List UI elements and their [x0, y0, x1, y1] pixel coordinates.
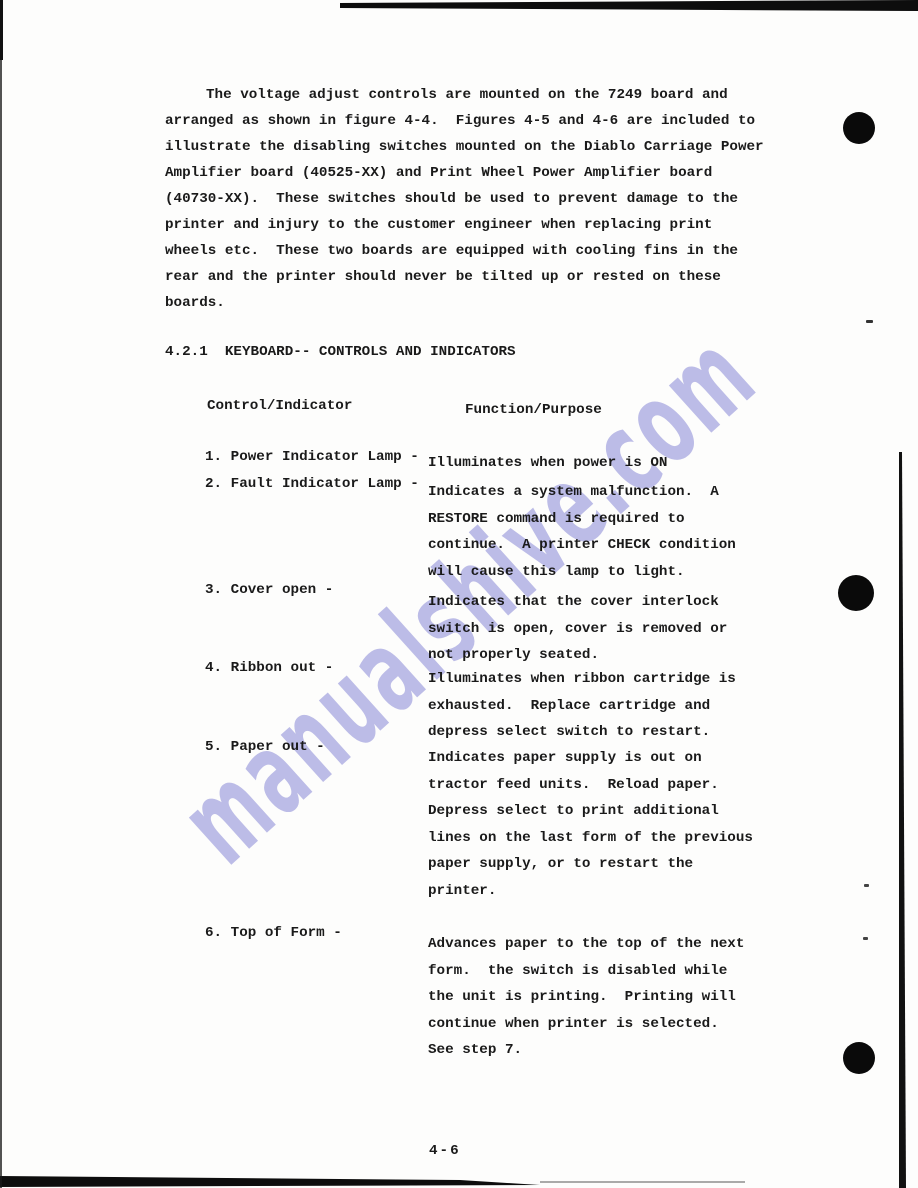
- desc-line: Depress select to print additional: [428, 798, 788, 825]
- page-text-layer: The voltage adjust controls are mounted …: [0, 0, 918, 1188]
- paragraph-line: arranged as shown in figure 4-4. Figures…: [165, 108, 805, 134]
- paragraph-line: Amplifier board (40525-XX) and Print Whe…: [165, 160, 805, 186]
- item-description: Advances paper to the top of the next fo…: [428, 931, 788, 1064]
- desc-line: printer.: [428, 878, 788, 905]
- desc-line: Illuminates when ribbon cartridge is: [428, 666, 788, 693]
- desc-line: depress select switch to restart.: [428, 719, 788, 746]
- desc-line: continue. A printer CHECK condition: [428, 532, 788, 559]
- page-number: 4-6: [429, 1143, 461, 1159]
- item-description: Indicates that the cover interlock switc…: [428, 589, 788, 669]
- item-label: 1. Power Indicator Lamp -: [205, 449, 419, 465]
- item-label: 5. Paper out -: [205, 739, 325, 755]
- column-header-control-indicator: Control/Indicator: [207, 398, 352, 414]
- desc-line: Indicates that the cover interlock: [428, 589, 788, 616]
- desc-line: the unit is printing. Printing will: [428, 984, 788, 1011]
- paragraph-line: The voltage adjust controls are mounted …: [165, 82, 805, 108]
- desc-line: tractor feed units. Reload paper.: [428, 772, 788, 799]
- item-label: 4. Ribbon out -: [205, 660, 333, 676]
- desc-line: will cause this lamp to light.: [428, 559, 788, 586]
- desc-line: paper supply, or to restart the: [428, 851, 788, 878]
- desc-line: lines on the last form of the previous: [428, 825, 788, 852]
- desc-line: Illuminates when power is ON: [428, 450, 788, 477]
- desc-line: exhausted. Replace cartridge and: [428, 693, 788, 720]
- paragraph-line: printer and injury to the customer engin…: [165, 212, 805, 238]
- item-label: 3. Cover open -: [205, 582, 333, 598]
- paragraph-line: wheels etc. These two boards are equippe…: [165, 238, 805, 264]
- paragraph-line: boards.: [165, 290, 805, 316]
- column-header-function-purpose: Function/Purpose: [465, 402, 602, 418]
- item-description: Illuminates when power is ON: [428, 450, 788, 477]
- item-label: 2. Fault Indicator Lamp -: [205, 476, 419, 492]
- desc-line: Advances paper to the top of the next: [428, 931, 788, 958]
- desc-line: continue when printer is selected.: [428, 1011, 788, 1038]
- intro-paragraph: The voltage adjust controls are mounted …: [165, 82, 805, 316]
- desc-line: form. the switch is disabled while: [428, 958, 788, 985]
- item-label: 6. Top of Form -: [205, 925, 342, 941]
- section-heading: 4.2.1 KEYBOARD-- CONTROLS AND INDICATORS: [165, 344, 516, 360]
- desc-line: See step 7.: [428, 1037, 788, 1064]
- desc-line: switch is open, cover is removed or: [428, 616, 788, 643]
- paragraph-line: (40730-XX). These switches should be use…: [165, 186, 805, 212]
- item-description: Indicates a system malfunction. A RESTOR…: [428, 479, 788, 585]
- paragraph-line: illustrate the disabling switches mounte…: [165, 134, 805, 160]
- item-description: Illuminates when ribbon cartridge is exh…: [428, 666, 788, 746]
- scanned-manual-page: manualshive.com The voltage adjust contr…: [0, 0, 918, 1188]
- paragraph-line: rear and the printer should never be til…: [165, 264, 805, 290]
- desc-line: not properly seated.: [428, 642, 788, 669]
- item-description: Indicates paper supply is out on tractor…: [428, 745, 788, 904]
- desc-line: Indicates a system malfunction. A: [428, 479, 788, 506]
- desc-line: RESTORE command is required to: [428, 506, 788, 533]
- desc-line: Indicates paper supply is out on: [428, 745, 788, 772]
